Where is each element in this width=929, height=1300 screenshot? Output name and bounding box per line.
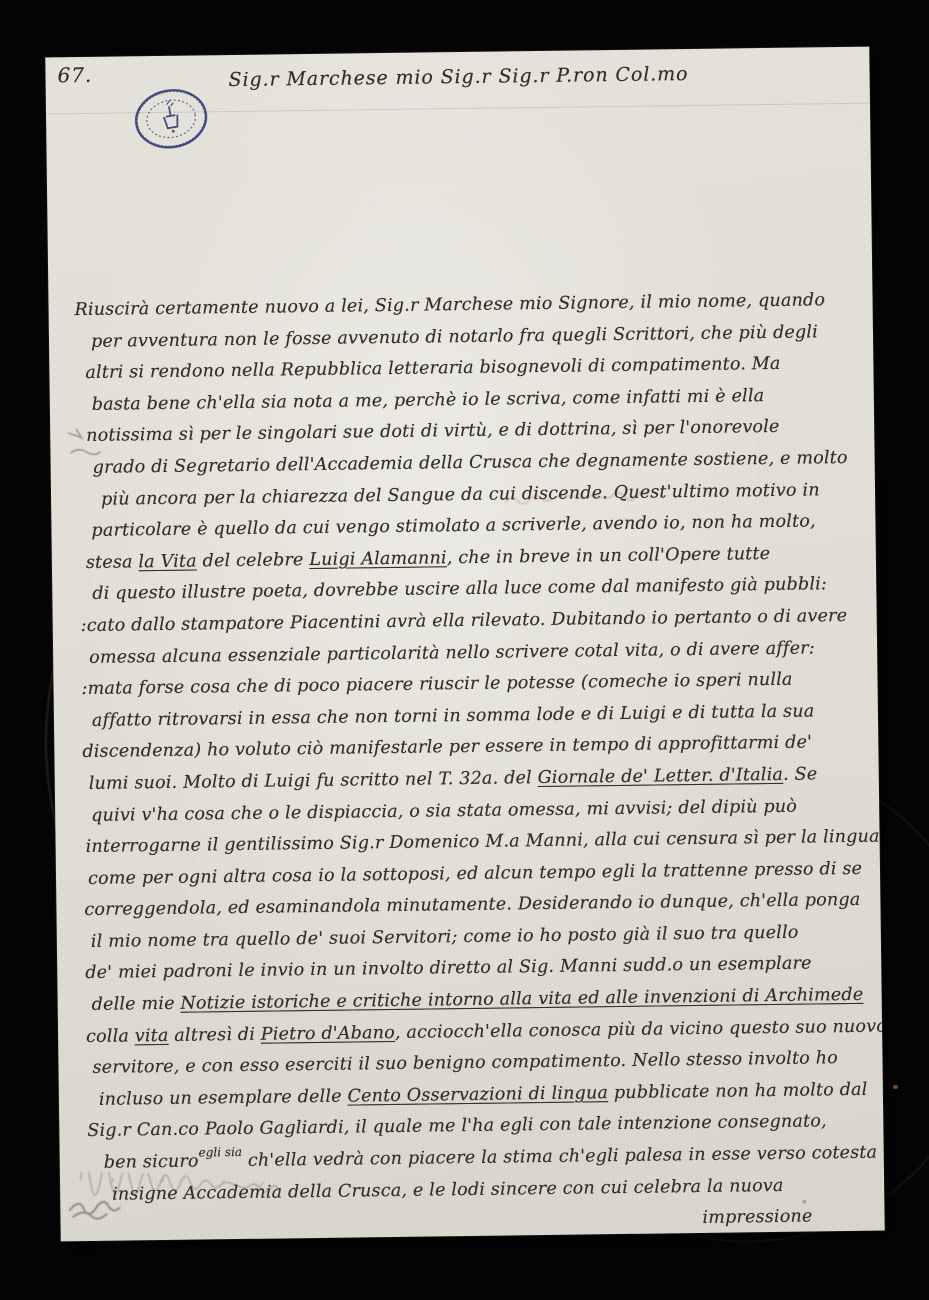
handwritten-text: , che in breve in un coll'Opere tutte — [447, 544, 771, 568]
handwritten-text: de' miei padroni le invio in un involto … — [85, 954, 812, 984]
handwritten-text: per avventura non le fosse avvenuto di n… — [91, 322, 818, 352]
handwritten-text: particolare è quello da cui vengo stimol… — [91, 512, 816, 541]
library-oval-stamp-icon — [127, 80, 215, 158]
underlined-phrase: vita — [135, 1026, 169, 1046]
handwritten-text: discendenza) ho voluto ciò manifestarle … — [82, 733, 812, 763]
handwritten-text: pubblicate non ha molto dal — [608, 1080, 868, 1103]
scan-background: 67. Sig.r Marchese mio Sig.r Sig.r P.ron… — [0, 0, 929, 1300]
handwritten-text: interrogarne il gentilissimo Sig.r Domen… — [85, 827, 879, 857]
handwritten-text: del celebre — [197, 550, 310, 571]
handwritten-text: Sig.r Can.co Paolo Gagliardi, il quale m… — [87, 1112, 827, 1142]
handwritten-text: :cato dallo stampatore Piacentini avrà e… — [81, 606, 848, 636]
handwritten-text: grado di Segretario dell'Accademia della… — [93, 448, 848, 478]
handwritten-text: colla — [86, 1026, 135, 1047]
handwritten-text: impressione — [702, 1207, 812, 1228]
handwritten-text: . Se — [783, 764, 818, 784]
handwritten-text: quivi v'ha cosa che o le dispiaccia, o s… — [91, 796, 797, 825]
handwritten-text: ben sicuro — [104, 1152, 199, 1173]
underlined-phrase: Luigi Alamanni — [309, 548, 447, 570]
handwritten-text: il mio nome tra quello de' suoi Servitor… — [91, 923, 799, 952]
handwritten-text: servitore, e con esso eserciti il suo be… — [92, 1048, 838, 1078]
handwritten-text: come per ogni altra cosa io la sottoposi… — [88, 859, 862, 889]
handwritten-text: stesa — [86, 552, 139, 573]
handwritten-text: delle mie — [92, 994, 181, 1015]
salutation-line: Sig.r Marchese mio Sig.r Sig.r P.ron Col… — [228, 63, 688, 91]
handwritten-text: Riuscirà certamente nuovo a lei, Sig.r M… — [74, 290, 825, 320]
handwritten-text: affatto ritrovarsi in essa che non torni… — [92, 701, 815, 730]
underlined-phrase: Cento Osservazioni di lingua — [347, 1083, 608, 1106]
handwritten-text: :mata forse cosa che di poco piacere riu… — [81, 670, 792, 699]
handwritten-text: , acciocch'ella conosca più da vicino qu… — [395, 1016, 885, 1042]
handwritten-text: correggendola, ed esaminandola minutamen… — [84, 890, 860, 920]
handwritten-text: ch'ella vedrà con piacere la stima ch'eg… — [242, 1143, 877, 1171]
underlined-phrase: Notizie istoriche e critiche intorno all… — [180, 985, 863, 1014]
underlined-phrase: la Vita — [138, 551, 197, 572]
folio-number: 67. — [57, 63, 92, 87]
manuscript-page: 67. Sig.r Marchese mio Sig.r Sig.r P.ron… — [45, 47, 884, 1242]
underlined-phrase: Pietro d'Abano — [261, 1023, 395, 1045]
handwritten-text: notissima sì per le singolari sue doti d… — [86, 417, 780, 446]
handwritten-text: insigne Accademia della Crusca, e le lod… — [112, 1176, 784, 1205]
handwritten-text: altri si rendono nella Repubblica letter… — [85, 354, 780, 383]
rust-mark — [893, 1085, 898, 1089]
handwritten-text: incluso un esemplare delle — [99, 1086, 348, 1109]
letter-body: Riuscirà certamente nuovo a lei, Sig.r M… — [74, 285, 878, 1242]
handwritten-text: di questo illustre poeta, dovrebbe uscir… — [92, 575, 827, 605]
interlinear-insertion: egli sia — [198, 1145, 242, 1160]
handwritten-text: altresì di — [168, 1024, 261, 1045]
handwritten-text: lumi suoi. Molto di Luigi fu scritto nel… — [89, 768, 538, 794]
handwritten-text: più ancora per la chiarezza del Sangue d… — [101, 480, 820, 509]
handwritten-text: basta bene ch'ella sia nota a me, perchè… — [92, 386, 765, 415]
underlined-phrase: Giornale de' Letter. d'Italia — [538, 765, 784, 788]
handwritten-text: omessa alcuna essenziale particolarità n… — [89, 638, 815, 667]
